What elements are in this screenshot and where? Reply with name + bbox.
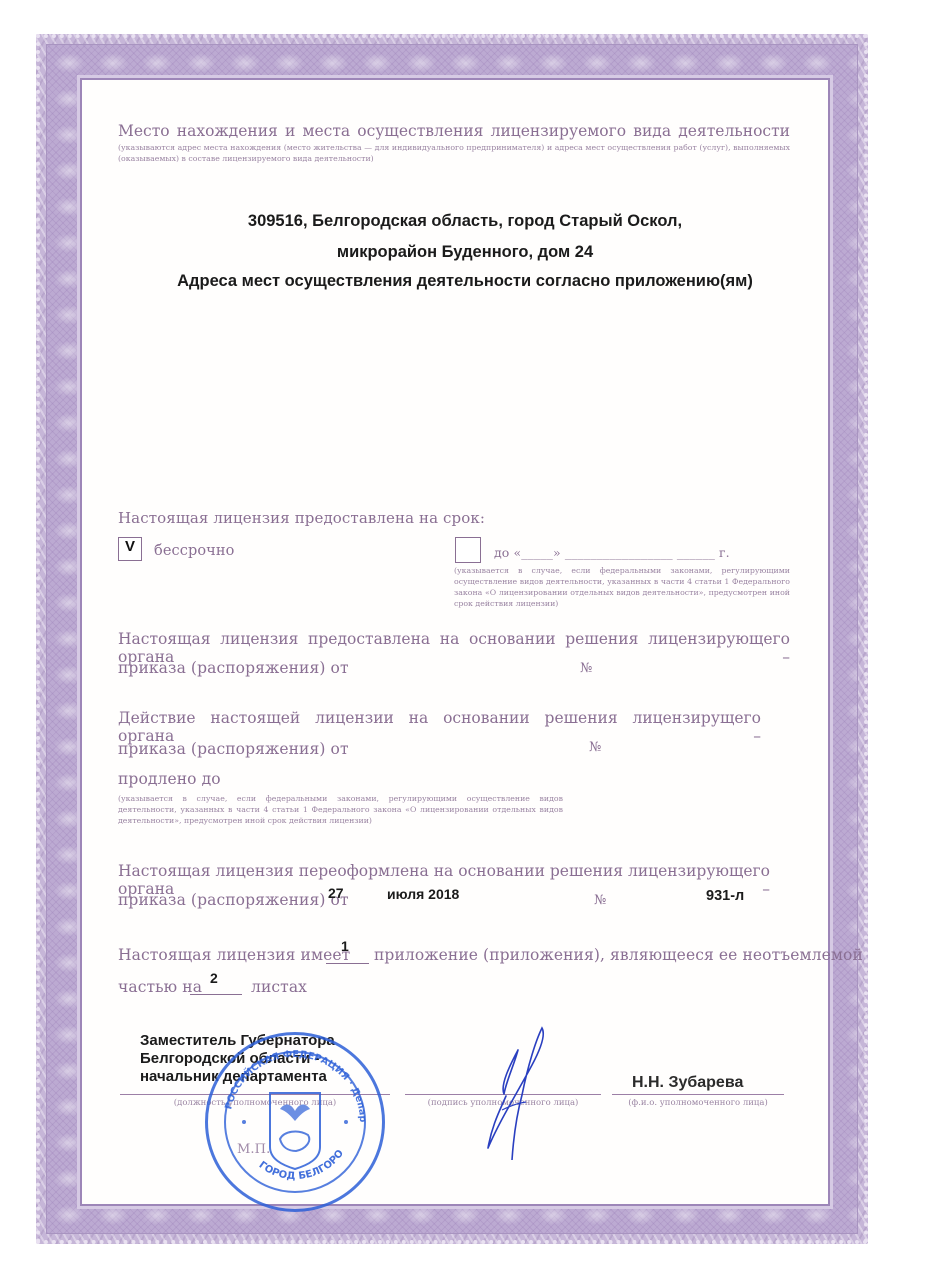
reissue-order-label: приказа (распоряжения) от <box>118 891 349 909</box>
signatory-name: Н.Н. Зубарева <box>632 1074 743 1092</box>
official-seal-stamp: РОССИЙСКАЯ ФЕДЕРАЦИЯ · Департамент здрав… <box>205 1032 385 1212</box>
address-line-1: 309516, Белгородская область, город Стар… <box>0 212 930 231</box>
reissue-number-value: 931-л <box>706 888 744 904</box>
seal-emblem: РОССИЙСКАЯ ФЕДЕРАЦИЯ · Департамент здрав… <box>208 1035 382 1209</box>
reissue-day-value: 27 <box>328 885 344 901</box>
sheets-suffix: листах <box>251 978 307 996</box>
appendix-middle: приложение (приложения), являющееся ее н… <box>374 946 863 964</box>
address-line-2: микрорайон Буденного, дом 24 <box>0 243 930 262</box>
unlimited-label: бессрочно <box>154 543 234 559</box>
basis-order-label: приказа (распоряжения) от <box>118 659 349 677</box>
appendix-prefix: Настоящая лицензия имеет <box>118 946 350 964</box>
reissue-month-year-value: июля 2018 <box>387 886 459 902</box>
unlimited-checkbox[interactable]: V <box>118 537 142 561</box>
extension-note: (указывается в случае, если федеральными… <box>118 793 563 826</box>
handwritten-signature <box>470 1010 560 1160</box>
location-heading: Место нахождения и места осуществления л… <box>118 122 790 140</box>
reissue-number-label: № <box>594 893 606 908</box>
until-date-checkbox[interactable] <box>455 537 481 563</box>
name-caption: (ф.и.о. уполномоченного лица) <box>612 1098 784 1108</box>
location-note: (указываются адрес места нахождения (мес… <box>118 142 790 164</box>
name-rule <box>612 1094 784 1095</box>
extended-until-label: продлено до <box>118 770 221 788</box>
sheet-count-value: 2 <box>210 970 218 986</box>
sheet-count-underline <box>190 994 242 995</box>
term-heading: Настоящая лицензия предоставлена на срок… <box>118 509 485 527</box>
extension-order-label: приказа (распоряжения) от <box>118 740 349 758</box>
address-line-3: Адреса мест осуществления деятельности с… <box>0 272 930 291</box>
appendix-count-value: 1 <box>341 938 349 954</box>
basis-number-label: № <box>580 661 592 676</box>
appendix-count-underline <box>326 963 369 964</box>
extension-number-label: № <box>589 740 601 755</box>
until-date-label: до «_____» _________________ ______ г. <box>494 545 730 560</box>
until-date-note: (указывается в случае, если федеральными… <box>454 565 790 609</box>
check-mark: V <box>125 538 135 555</box>
